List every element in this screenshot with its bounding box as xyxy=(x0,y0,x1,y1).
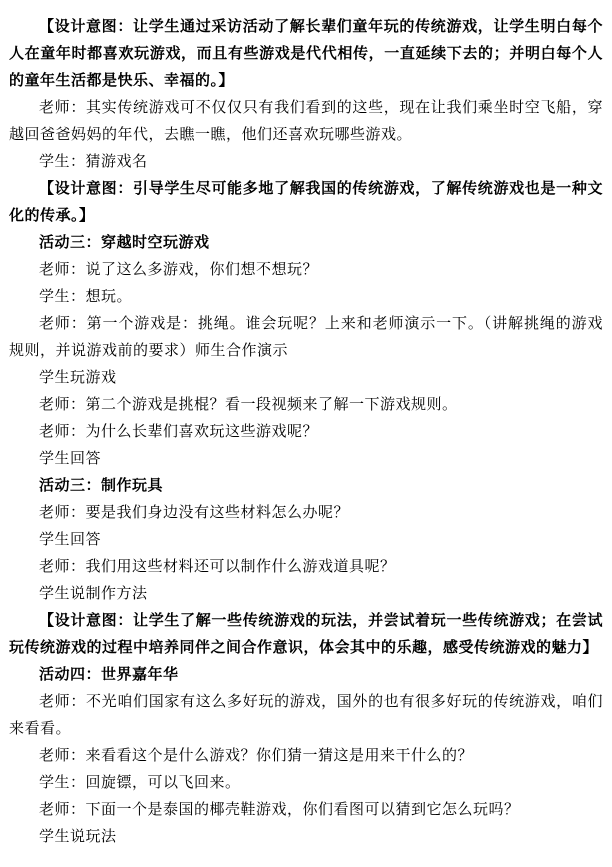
student-action-line: 学生回答 xyxy=(9,445,603,472)
student-action-line: 学生说玩法 xyxy=(9,823,603,850)
teacher-line: 老师：要是我们身边没有这些材料怎么办呢？ xyxy=(9,499,603,526)
teacher-line: 老师：为什么长辈们喜欢玩这些游戏呢？ xyxy=(9,418,603,445)
teacher-line: 老师：不光咱们国家有这么多好玩的游戏，国外的也有很多好玩的传统游戏，咱们来看看。 xyxy=(9,688,603,742)
student-line: 学生：回旋镖，可以飞回来。 xyxy=(9,769,603,796)
activity-heading: 活动四：世界嘉年华 xyxy=(9,661,603,688)
teacher-line: 老师：第一个游戏是：挑绳。谁会玩呢？上来和老师演示一下。（讲解挑绳的游戏规则，并… xyxy=(9,310,603,364)
student-action-line: 学生玩游戏 xyxy=(9,364,603,391)
design-intent-note: 【设计意图：引导学生尽可能多地了解我国的传统游戏，了解传统游戏也是一种文化的传承… xyxy=(9,175,603,229)
activity-heading: 活动三：制作玩具 xyxy=(9,472,603,499)
student-action-line: 学生说制作方法 xyxy=(9,580,603,607)
document-page: 【设计意图：让学生通过采访活动了解长辈们童年玩的传统游戏，让学生明白每个人在童年… xyxy=(0,0,612,867)
design-intent-note: 【设计意图：让学生了解一些传统游戏的玩法，并尝试着玩一些传统游戏；在尝试玩传统游… xyxy=(9,607,603,661)
student-action-line: 学生回答 xyxy=(9,526,603,553)
activity-heading: 活动三：穿越时空玩游戏 xyxy=(9,229,603,256)
teacher-line: 老师：说了这么多游戏，你们想不想玩？ xyxy=(9,256,603,283)
teacher-line: 老师：来看看这个是什么游戏？你们猜一猜这是用来干什么的？ xyxy=(9,742,603,769)
teacher-line: 老师：下面一个是泰国的椰壳鞋游戏，你们看图可以猜到它怎么玩吗？ xyxy=(9,796,603,823)
teacher-line: 老师：我们用这些材料还可以制作什么游戏道具呢？ xyxy=(9,553,603,580)
design-intent-note: 【设计意图：让学生通过采访活动了解长辈们童年玩的传统游戏，让学生明白每个人在童年… xyxy=(9,13,603,94)
teacher-line: 老师：其实传统游戏可不仅仅只有我们看到的这些，现在让我们乘坐时空飞船，穿越回爸爸… xyxy=(9,94,603,148)
student-line: 学生：想玩。 xyxy=(9,283,603,310)
teacher-line: 老师：第二个游戏是挑棍？看一段视频来了解一下游戏规则。 xyxy=(9,391,603,418)
student-line: 学生：猜游戏名 xyxy=(9,148,603,175)
paragraph-list: 【设计意图：让学生通过采访活动了解长辈们童年玩的传统游戏，让学生明白每个人在童年… xyxy=(9,13,603,850)
